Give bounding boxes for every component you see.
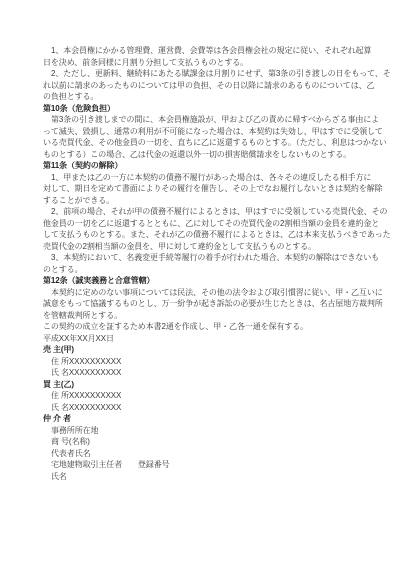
document-text-line: することができる。 xyxy=(43,195,377,207)
document-text-line: のとする。 xyxy=(43,264,377,276)
document-text-line: れ以前に請求のあったものについては甲の負担、その日以降に請求のあるものについては… xyxy=(43,80,377,92)
document-text-line: 住 所XXXXXXXXXX xyxy=(43,356,377,368)
document-text-line: 氏名 xyxy=(43,471,377,483)
document-text-line: 対して、期日を定めて書面によりその履行を催告し、その上でなお履行しないときは契約… xyxy=(43,183,377,195)
document-text-line: 他金員の一切を乙に返還するとともに、乙に対してその売買代金の2割相当額の金員を違… xyxy=(43,218,377,230)
document-text-line: を管轄裁判所とする。 xyxy=(43,310,377,322)
document-text-line: この契約の成立を証するため本書2通を作成し、甲・乙各一通を保有する。 xyxy=(43,321,377,333)
document-text-line: 誠意をもって協議するものとし、万一紛争が起き訴訟の必要が生じたときは、名古屋地方… xyxy=(43,298,377,310)
document-text-line: 日を決め、前条同様に月割り分担して支払うものとする。 xyxy=(43,57,377,69)
document-text-line: 氏 名XXXXXXXXXX xyxy=(43,402,377,414)
document-text-line: 売買代金の2割相当額の金員を、甲に対して違約金として支払うものとする。 xyxy=(43,241,377,253)
document-text-line: 平成XX年XX月XX日 xyxy=(43,333,377,345)
document-text-line: 2、ただし、更新料、継続料にあたる賦課金は月割りにせず、第3条の引き渡しの日をも… xyxy=(43,68,377,80)
document-heading-line: 第10条（危険負担） xyxy=(43,103,377,115)
document-page: 1、本会員権にかかる管理費、運営費、会費等は各会員権会社の規定に従い、それぞれ起… xyxy=(0,0,410,580)
document-text-line: って滅失、毀損し、通常の利用が不可能になった場合は、本契約は失効し、甲はすでに受… xyxy=(43,126,377,138)
document-heading-line: 売 主(甲) xyxy=(43,344,377,356)
document-text-line: 商 号(名称) xyxy=(43,436,377,448)
document-text-line: 事務所所在地 xyxy=(43,425,377,437)
document-text-line: 宅地建物取引主任者 登録番号 xyxy=(43,459,377,471)
document-text-line: 2、前項の場合、それが甲の債務不履行によるときは、甲はすでに受領している売買代金… xyxy=(43,206,377,218)
document-heading-line: 仲 介 者 xyxy=(43,413,377,425)
document-text-line: 住 所XXXXXXXXXX xyxy=(43,390,377,402)
document-heading-line: 第11条（契約の解除） xyxy=(43,160,377,172)
document-text-line: ものとする）この場合、乙は代金の返還以外一切の損害賠償請求をしないものとする。 xyxy=(43,149,377,161)
document-text-line: して支払うものとする。また、それが乙の債務不履行によるときは、乙は本来支払うべき… xyxy=(43,229,377,241)
document-text-line: 代表者氏名 xyxy=(43,448,377,460)
document-text-line: 第3条の引き渡しまでの間に、本会員権施設が、甲および乙の責めに帰すべからざる事由… xyxy=(43,114,377,126)
document-text-line: 氏 名XXXXXXXXXX xyxy=(43,367,377,379)
document-text-line: 3、本契約において、名義変更手続等履行の着手が行われた場合、本契約の解除はできな… xyxy=(43,252,377,264)
document-text-line: 本契約に定めのない事項については民法、その他の法令および取引慣習に従い、甲・乙互… xyxy=(43,287,377,299)
document-heading-line: 第12条（誠実義務と合意管轄） xyxy=(43,275,377,287)
document-text-line: 1、甲または乙の一方に本契約の債務不履行があった場合は、各々その違反したる相手方… xyxy=(43,172,377,184)
document-text-line: 1、本会員権にかかる管理費、運営費、会費等は各会員権会社の規定に従い、それぞれ起… xyxy=(43,45,377,57)
contract-document: 1、本会員権にかかる管理費、運営費、会費等は各会員権会社の規定に従い、それぞれ起… xyxy=(43,45,377,482)
document-heading-line: 買 主(乙) xyxy=(43,379,377,391)
document-text-line: いる売買代金、その他金員の一切を、直ちに乙に返還するものとする。（ただし、利息は… xyxy=(43,137,377,149)
document-text-line: の負担とする。 xyxy=(43,91,377,103)
